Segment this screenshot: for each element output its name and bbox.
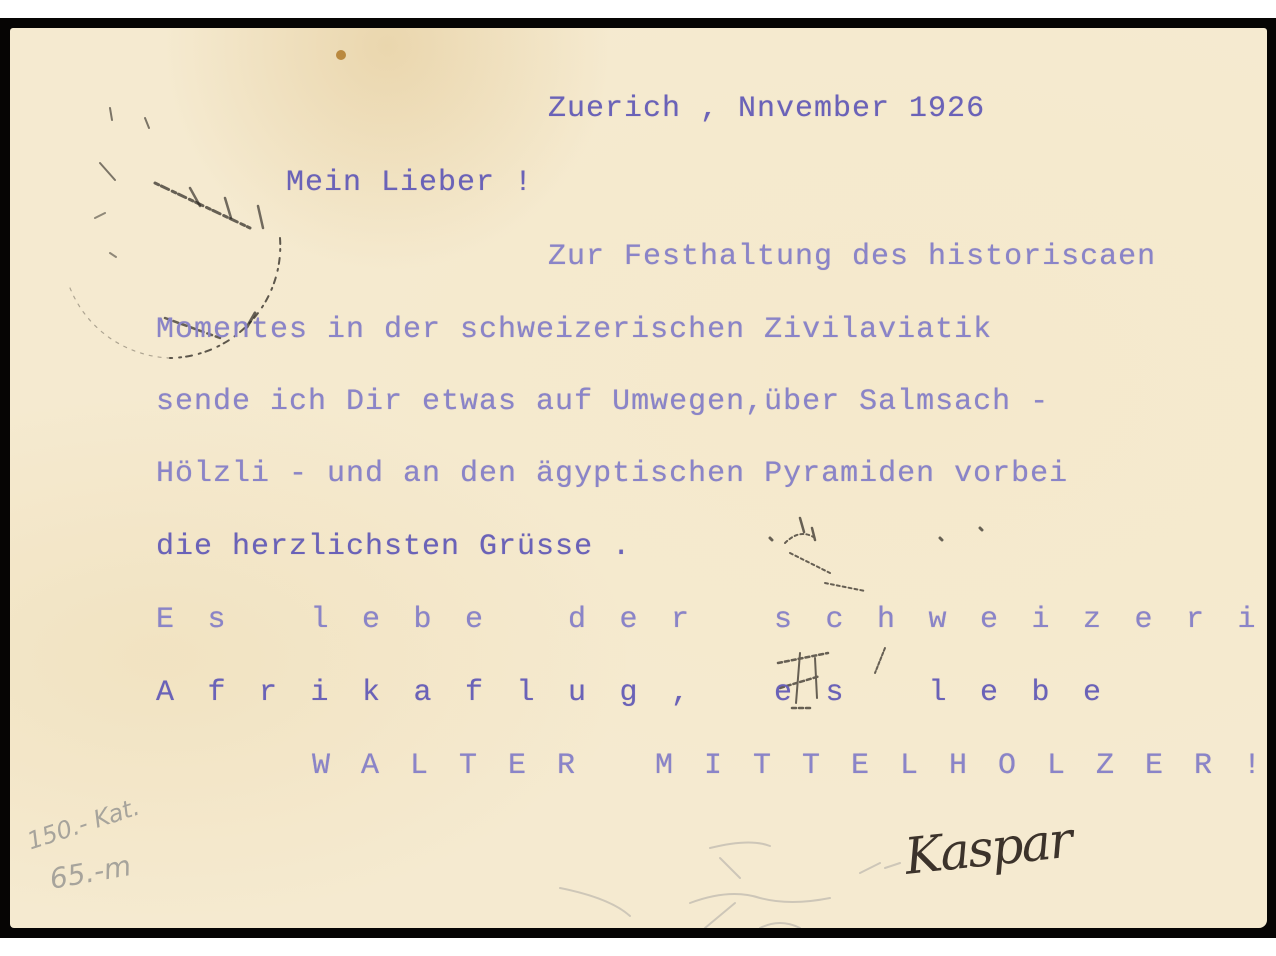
postcard: Zuerich , Nnvember 1926 Mein Lieber ! Zu… bbox=[10, 28, 1267, 928]
faint-pencil-scribble-icon bbox=[530, 828, 930, 928]
body-line-3: sende ich Dir etwas auf Umwegen,über Sal… bbox=[156, 387, 1049, 417]
spaced-line-2: Afrikaflug, es lebe bbox=[156, 678, 1135, 708]
pencil-note-catalog: 150.- Kat. bbox=[24, 793, 143, 856]
dateline: Zuerich , Nnvember 1926 bbox=[548, 94, 985, 124]
body-line-5: die herzlichsten Grüsse . bbox=[156, 532, 631, 562]
pencil-note-price: 65.-m bbox=[47, 849, 133, 896]
body-line-1: Zur Festhaltung des historiscaen bbox=[548, 242, 1156, 272]
spaced-line-3: WALTER MITTELHOLZER!; bbox=[312, 751, 1267, 781]
body-line-4: Hölzli - und an den ägyptischen Pyramide… bbox=[156, 459, 1068, 489]
spaced-line-1: Es lebe der schweizerische bbox=[156, 605, 1267, 635]
salutation: Mein Lieber ! bbox=[286, 168, 533, 198]
body-line-2: Momentes in der schweizerischen Zivilavi… bbox=[156, 315, 992, 345]
ink-stain bbox=[336, 50, 346, 60]
